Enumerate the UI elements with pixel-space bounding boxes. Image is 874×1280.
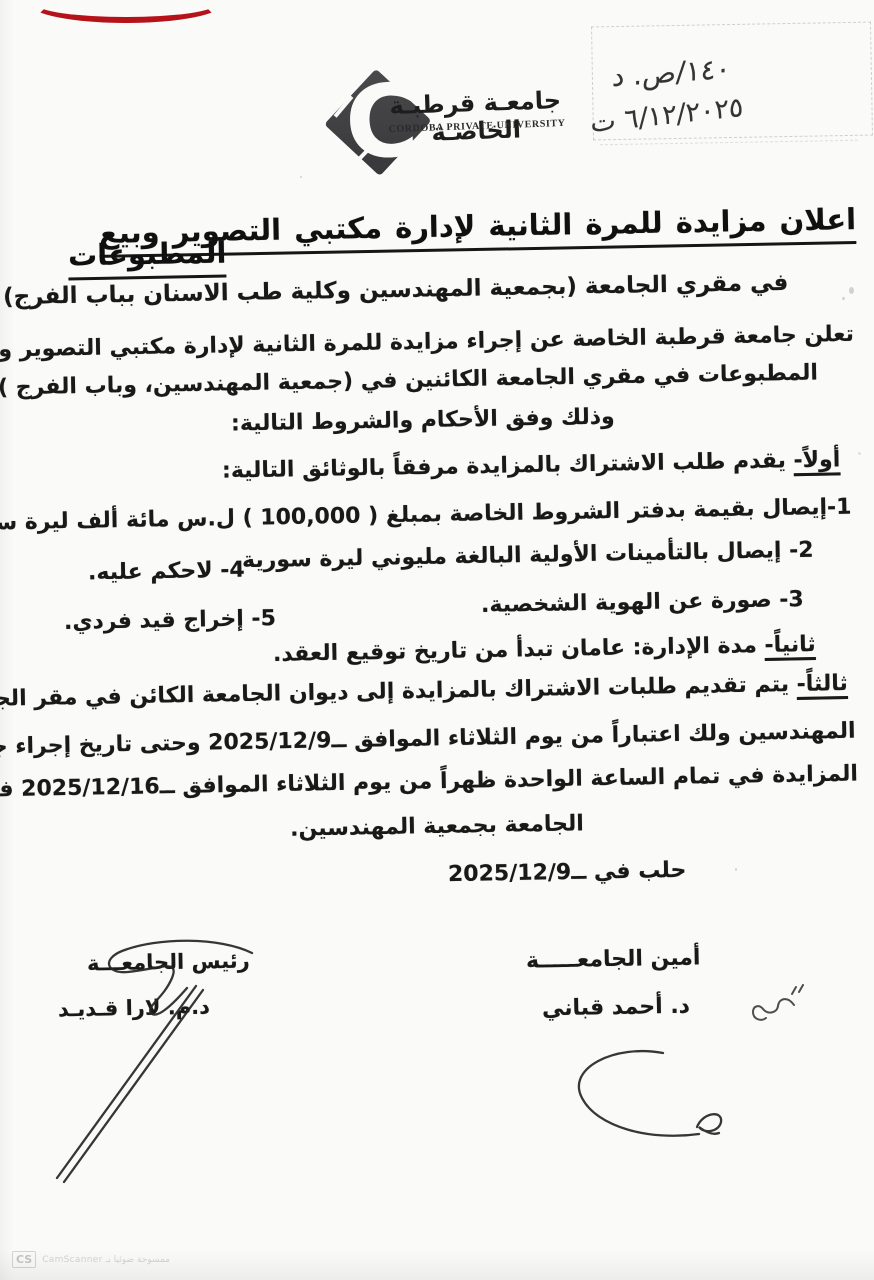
camscanner-label: CamScanner ممسوحة ضوئيا بـ [42,1255,170,1265]
signature-right-title: أمين الجامعـــــة [525,940,700,979]
section-first-heading: أولاً- يقدم طلب الاشتراك بالمزايدة مرفقا… [221,442,840,489]
scan-speck [300,176,302,178]
signature-right-name: د. أحمد قباني [542,989,691,1028]
section-second-heading: ثانياً- مدة الإدارة: عامان تبدأ من تاريخ… [273,627,816,673]
scan-speck [849,287,854,294]
university-logo: C جامعـة قرطبـة الخاصـة CORDOBA PRIVATE … [316,56,580,195]
scan-speck [842,297,845,300]
scan-speck [735,868,737,871]
third-line-1: ثالثاً- يتم تقديم طلبات الاشتراك بالمزاي… [0,666,848,720]
faint-stamp-line [600,140,858,146]
scanned-document-page: C جامعـة قرطبـة الخاصـة CORDOBA PRIVATE … [0,0,874,1280]
initials-mark-tick [799,985,803,992]
document-title-line-2: المطبوعات [68,233,227,276]
signature-bottom-right-scribble [697,1114,721,1134]
dateline: حلب في ــ2025/12/9 [447,853,686,893]
first-item-3: 3- صورة عن الهوية الشخصية. [481,582,804,624]
initials-mark-tick [792,987,796,994]
initials-mark [753,999,794,1020]
third-line-4: الجامعة بجمعية المهندسين. [0,801,874,853]
intro-line-3: وذلك وفق الأحكام والشروط التالية: [231,399,615,442]
signature-bottom-right-curve [579,1051,699,1136]
signature-left-name: د.م. لارا قـديـد [58,989,211,1028]
signature-left-title: رئيس الجامعـــة [87,943,250,982]
university-name-arabic: جامعـة قرطبـة الخاصـة [382,86,570,148]
camscanner-watermark: CS CamScanner ممسوحة ضوئيا بـ [12,1251,170,1268]
first-item-4: 4- لاحكم عليه. [88,553,245,592]
scan-speck [858,452,861,455]
red-marker-artifact [30,0,222,23]
third-line-3: المزايدة في تمام الساعة الواحدة ظهراً من… [0,756,858,809]
camscanner-badge: CS [12,1251,36,1268]
first-item-2: 2- إيصال بالتأمينات الأولية البالغة مليو… [242,533,814,579]
first-item-5: 5- إخراج قيد فردي. [64,601,277,641]
